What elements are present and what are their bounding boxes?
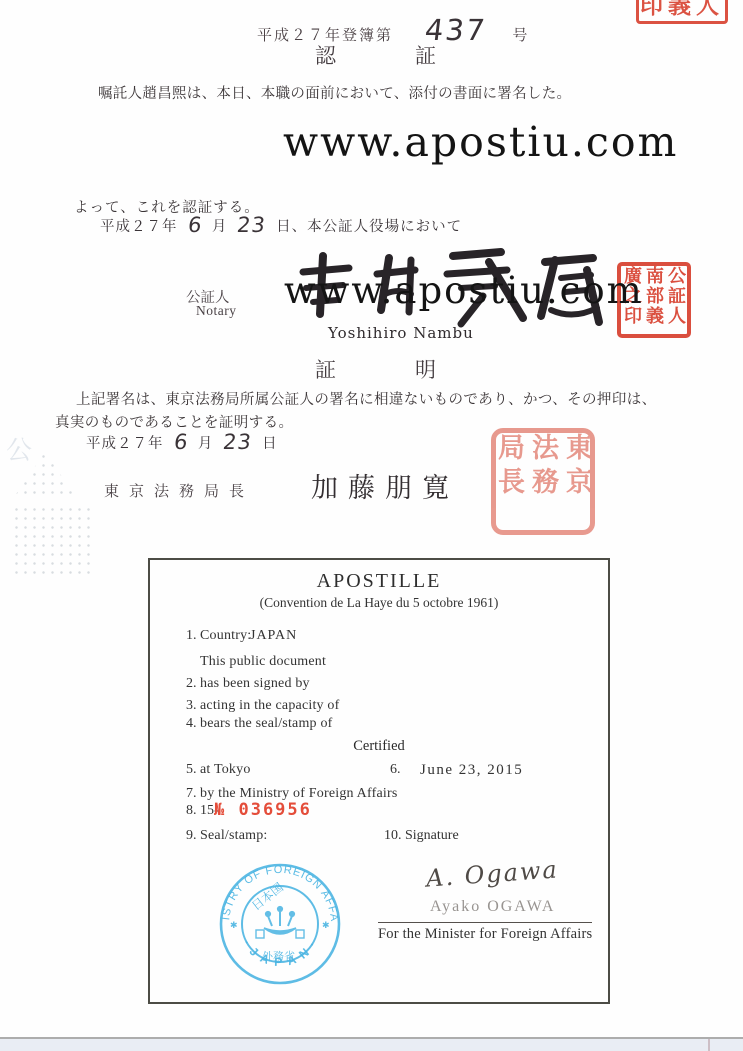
date1-month-handwritten: 6 <box>186 215 203 236</box>
item2-num: 2. <box>186 676 197 692</box>
certify-line: よって、これを認証する。 <box>74 196 260 217</box>
item4-num: 4. <box>186 716 197 732</box>
title-char-1: 認 <box>315 40 337 70</box>
date1-era: 平成２７年 <box>100 215 178 236</box>
document-title: 認 証 <box>315 40 437 70</box>
item3-num: 3. <box>186 698 197 714</box>
date2-month-handwritten: 6 <box>172 432 189 453</box>
item9-num: 9. <box>186 828 197 844</box>
proof-paragraph-line1: 上記署名は、東京法務局所属公証人の署名に相違ないものであり、かつ、その押印は、 <box>76 388 657 409</box>
item1-num: 1. <box>186 628 197 644</box>
bureau-director-name: 加藤朋寛 <box>311 466 459 505</box>
proof-title: 証 明 <box>315 354 437 384</box>
notary-label-en: Notary <box>196 303 237 319</box>
embossed-character: 公 <box>6 430 32 467</box>
item5-label: at Tokyo <box>200 762 251 778</box>
item4-label: bears the seal/stamp of <box>200 716 333 732</box>
stamp-star-left-icon: ✱ <box>230 920 238 930</box>
item5-num: 5. <box>186 762 197 778</box>
perforation-mark-lower <box>12 505 94 577</box>
certified-label: Certified <box>150 738 608 755</box>
date2-day-handwritten: 23 <box>222 432 253 453</box>
item1-subtext: This public document <box>200 654 326 670</box>
item6-num: 6. <box>390 762 401 778</box>
watermark-url-top: www.apostiu.com <box>283 118 678 166</box>
stamp-star-right-icon: ✱ <box>322 920 330 930</box>
date1-day-handwritten: 23 <box>236 215 267 236</box>
date1-month-label: 月 <box>212 215 228 236</box>
date2-era: 平成２７年 <box>86 432 164 453</box>
notary-name-en: Yoshihiro Nambu <box>328 324 474 342</box>
item1-label: Country: <box>200 628 251 644</box>
date2-month-label: 月 <box>198 432 214 453</box>
item6-date-value: June 23, 2015 <box>420 762 523 779</box>
scan-edge-strip <box>0 1039 743 1051</box>
proof-char-2: 明 <box>415 354 437 384</box>
item10-num: 10. <box>384 828 402 843</box>
date2-suffix: 日 <box>262 432 278 453</box>
mofa-signer-name: Ayako OGAWA <box>430 898 555 916</box>
apostille-number-stamp: № 036956 <box>214 800 312 820</box>
paulownia-crest-icon <box>256 906 304 938</box>
bureau-red-seal: 東京法務局長 <box>491 428 595 535</box>
mofa-blue-stamp: MINISTRY OF FOREIGN AFFAIRS · J A P A N … <box>216 860 344 988</box>
title-char-2: 証 <box>415 40 437 70</box>
item10-group: 10. Signature <box>384 828 459 844</box>
top-corner-seal-text: 印義人 <box>640 0 724 20</box>
item9-label: Seal/stamp: <box>200 828 268 844</box>
apostille-subtitle: (Convention de La Haye du 5 octobre 1961… <box>150 595 608 611</box>
scan-edge-mark <box>708 1039 710 1051</box>
item10-label: Signature <box>405 828 459 843</box>
bureau-title: 東京法務局長 <box>104 480 254 501</box>
proof-char-1: 証 <box>315 354 337 384</box>
mofa-handwritten-signature: A. Ogawa <box>425 855 559 892</box>
date1-suffix: 日、本公証人役場において <box>276 215 462 236</box>
proof-paragraph-line2: 真実のものであることを証明する。 <box>55 411 293 432</box>
apostille-box: APOSTILLE (Convention de La Haye du 5 oc… <box>148 558 610 1004</box>
item3-label: acting in the capacity of <box>200 698 340 714</box>
watermark-url-middle: www.apostiu.com <box>284 269 644 312</box>
notarization-statement: 嘱託人趙昌煕は、本日、本職の面前において、添付の書面に署名した。 <box>98 82 571 103</box>
item2-label: has been signed by <box>200 676 310 692</box>
item1-country-value: JAPAN <box>250 628 297 644</box>
apostille-title: APOSTILLE <box>150 570 608 593</box>
proof-date-line: 平成２７年 6 月 23 日 <box>86 432 278 453</box>
item8-num: 8. <box>186 803 197 819</box>
item7-num: 7. <box>186 786 197 802</box>
notarization-date-line: 平成２７年 6 月 23 日、本公証人役場において <box>100 215 462 236</box>
mofa-for-minister-line: For the Minister for Foreign Affairs <box>378 922 592 943</box>
top-corner-red-seal: 印義人 <box>636 0 728 24</box>
bureau-seal-text: 東京法務局長 <box>492 433 594 530</box>
notarial-certificate-page: 印義人 平成２７年登簿第 437 号 認 証 嘱託人趙昌煕は、本日、本職の面前に… <box>0 0 743 1051</box>
stamp-inner-bottom-text: 外務省 <box>262 949 295 963</box>
registry-suffix: 号 <box>512 24 529 45</box>
